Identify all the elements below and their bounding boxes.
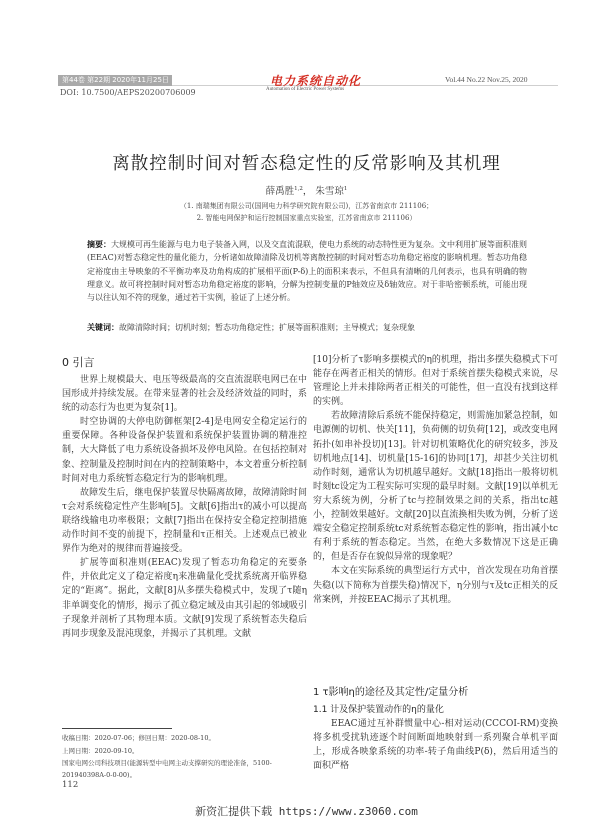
affiliation-2: 2. 智能电网保护和运行控制国家重点实验室，江苏省南京市 211106） (0, 213, 613, 223)
keywords-label: 关键词： (87, 323, 119, 332)
paragraph: EEAC通过互补群惯量中心-相对运动(CCCOI-RM)变换将多机受扰轨迹逐个时… (313, 717, 558, 773)
author-affiliation-mark: 1 (344, 186, 348, 192)
download-watermark: 新资汇提供下载 https://www.z3060.com (0, 803, 613, 819)
footnote-online: 上网日期：2020-09-10。 (62, 745, 302, 757)
keywords: 关键词：故障清除时间；切机时刻；暂态功角稳定性；扩展等面积准则；主导模式；复杂现… (87, 322, 527, 333)
footnote-funding: 国家电网公司科技项目(能源转型中电网主动支撑研究的理论准备，5100-20194… (62, 757, 302, 781)
author-affiliation-mark: 1,2 (294, 186, 303, 192)
paper-title: 离散控制时间对暂态稳定性的反常影响及其机理 (0, 150, 613, 175)
paragraph: 世界上规模最大、电压等级最高的交直流混联电网已在中国形成并持续发展。在带来显著的… (62, 373, 307, 415)
doi: DOI: 10.7500/AEPS20200706009 (60, 88, 196, 97)
section-heading-intro: 0 引言 (62, 354, 95, 370)
subsection-1-1-body: EEAC通过互补群惯量中心-相对运动(CCCOI-RM)变换将多机受扰轨迹逐个时… (313, 717, 558, 773)
right-column-body: [10]分析了τ影响多摆模式的η的机理，指出多摆失稳模式下可能存在两者正相关的情… (313, 353, 558, 607)
abstract-text: 大规模可再生能源与电力电子装备入网，以及交直流混联，使电力系统的动态特性更为复杂… (87, 240, 527, 302)
author-name: 朱雪琼 (315, 186, 344, 197)
footnote-rule (62, 728, 172, 729)
keywords-text: 故障清除时间；切机时刻；暂态功角稳定性；扩展等面积准则；主导模式；复杂现象 (119, 323, 415, 332)
affiliation-1: （1. 南瑞集团有限公司(国网电力科学研究院有限公司)，江苏省南京市 21110… (0, 201, 613, 211)
paragraph: 若故障清除后系统不能保持稳定，则需施加紧急控制，如电源侧的切机、快关[11]，负… (313, 409, 558, 564)
footnote-received: 收稿日期：2020-07-06；修回日期：2020-08-10。 (62, 732, 302, 744)
left-column-body: 世界上规模最大、电压等级最高的交直流混联电网已在中国形成并持续发展。在带来显著的… (62, 373, 307, 641)
header-rule-right (370, 85, 558, 86)
subsection-heading-1-1: 1.1 计及保护装置动作的η的量化 (313, 702, 444, 715)
paragraph: 时空协调的大停电防御框架[2-4]是电网安全稳定运行的重要保障。各种设备保护装置… (62, 415, 307, 485)
paragraph: 故障发生后，继电保护装置尽快隔离故障，故障清除时间τ会对系统稳定性产生影响[5]… (62, 486, 307, 556)
paragraph: [10]分析了τ影响多摆模式的η的机理，指出多摆失稳模式下可能存在两者正相关的情… (313, 353, 558, 409)
journal-name-en: Automation of Electric Power Systems (266, 87, 344, 92)
abstract-label: 摘要： (87, 240, 111, 249)
paragraph: 本文在实际系统的典型运行方式中，首次发现在功角首摆失稳(以下简称为首摆失稳)情况… (313, 564, 558, 606)
author-name: 薛禹胜 (266, 186, 295, 197)
page-number: 112 (62, 780, 78, 790)
abstract: 摘要：大规模可再生能源与电力电子装备入网，以及交直流混联，使电力系统的动态特性更… (87, 238, 527, 304)
author-list: 薛禹胜1,2， 朱雪琼1 (0, 183, 613, 197)
volume-info: Vol.44 No.22 Nov.25, 2020 (445, 75, 528, 84)
paragraph: 扩展等面积准则(EEAC)发现了暂态功角稳定的充要条件，并依此定义了稳定裕度η来… (62, 556, 307, 641)
issue-info-bar: 第44卷 第22期 2020年11月25日 (58, 75, 172, 86)
section-heading-1: 1 τ影响η的途径及其定性/定量分析 (313, 683, 468, 698)
